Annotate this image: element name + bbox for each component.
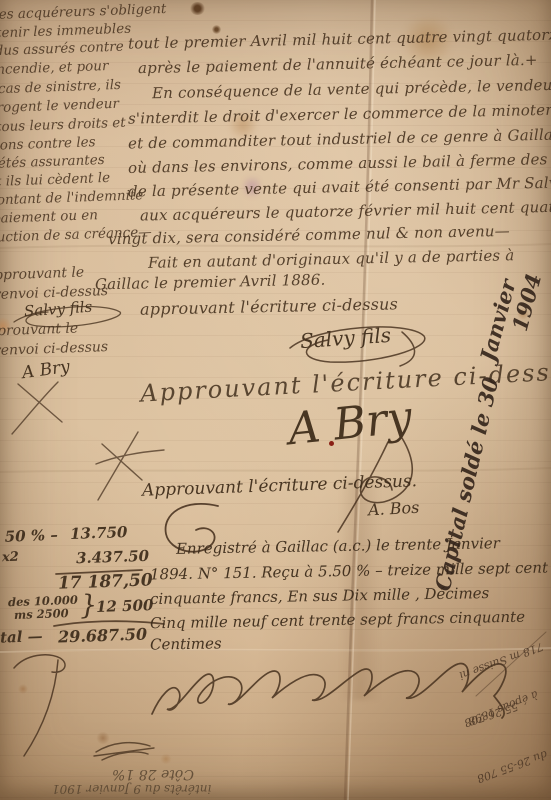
- accounts-row-value: 12 500: [96, 596, 154, 616]
- corner-pencil-stroke: [470, 630, 550, 700]
- margin-approval-line: pprouvant le: [0, 320, 78, 339]
- accounts-row-label: – 50 % –: [0, 526, 58, 546]
- registrar-signature-flourish: [150, 652, 510, 732]
- inverted-note: Côte 28 1%: [112, 766, 194, 782]
- signature-bos: A. Bos: [368, 498, 420, 520]
- margin-paraph-mark: [4, 378, 74, 438]
- accounts-row-value: 13.750: [70, 523, 128, 543]
- accounts-signature-flourish: [8, 650, 88, 760]
- struck-out-scribble: [92, 736, 158, 762]
- accounts-subtotal: 17 187,50: [58, 570, 153, 593]
- inverted-note: intérêts du 9 Janvier 1901: [52, 782, 211, 796]
- manuscript-page: des acquéreurs s'obligent tenir les imme…: [0, 0, 551, 800]
- accounts-row-label: x2: [2, 550, 19, 566]
- signature-salvy-center-flourish: [282, 318, 432, 370]
- margin-approval-line: pprouvant le: [0, 264, 84, 283]
- accounts-total-value: 29.687.50: [58, 624, 148, 646]
- registration-line: Centimes: [150, 634, 222, 653]
- accounts-row-value: 3.437.50: [76, 547, 150, 568]
- accounts-total-label: otal —: [0, 627, 43, 647]
